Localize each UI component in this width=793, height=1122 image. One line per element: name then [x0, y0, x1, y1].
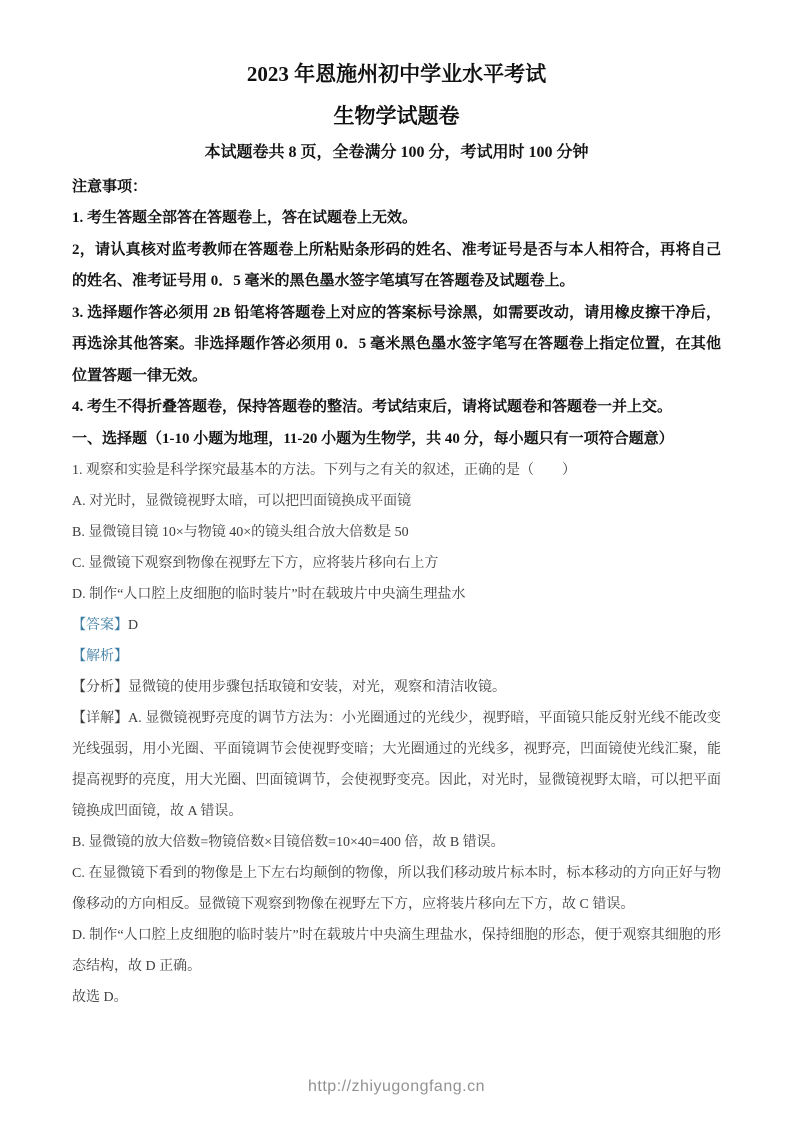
explanation-label: 【解析】 [72, 649, 128, 664]
question-option-a: A. 对光时，显微镜视野太暗，可以把凹面镜换成平面镜 [72, 486, 721, 517]
page-title: 2023 年恩施州初中学业水平考试 [72, 58, 721, 90]
answer-value: D [128, 618, 138, 633]
answer-line: 【答案】D [72, 610, 721, 641]
question-option-b: B. 显微镜目镜 10×与物镜 40×的镜头组合放大倍数是 50 [72, 517, 721, 548]
notice-item-2: 2，请认真核对监考教师在答题卷上所粘贴条形码的姓名、准考证号是否与本人相符合，再… [72, 235, 721, 298]
page-subtitle: 生物学试题卷 [72, 100, 721, 132]
notice-heading: 注意事项： [72, 172, 721, 203]
document-content: 2023 年恩施州初中学业水平考试 生物学试题卷 本试题卷共 8 页，全卷满分 … [0, 0, 793, 1013]
question-stem: 1. 观察和实验是科学探究最基本的方法。下列与之有关的叙述，正确的是（ ） [72, 455, 721, 486]
detail-paragraph-a: 【详解】A. 显微镜视野亮度的调节方法为：小光圈通过的光线少，视野暗，平面镜只能… [72, 703, 721, 827]
notice-item-1: 1. 考生答题全部答在答题卷上，答在试题卷上无效。 [72, 203, 721, 235]
notice-item-4: 4. 考生不得折叠答题卷，保持答题卷的整洁。考试结束后，请将试题卷和答题卷一并上… [72, 392, 721, 424]
question-option-d: D. 制作“人口腔上皮细胞的临时装片”时在载玻片中央滴生理盐水 [72, 579, 721, 610]
exam-info-line: 本试题卷共 8 页，全卷满分 100 分，考试用时 100 分钟 [72, 138, 721, 168]
detail-paragraph-c: C. 在显微镜下看到的物像是上下左右均颠倒的物像，所以我们移动玻片标本时，标本移… [72, 858, 721, 920]
answer-label: 【答案】 [72, 618, 128, 633]
notice-item-3: 3. 选择题作答必须用 2B 铅笔将答题卷上对应的答案标号涂黑，如需要改动，请用… [72, 298, 721, 393]
footer-watermark-url: http://zhiyugongfang.cn [0, 1078, 793, 1096]
detail-paragraph-d: D. 制作“人口腔上皮细胞的临时装片”时在载玻片中央滴生理盐水，保持细胞的形态，… [72, 920, 721, 982]
analysis-paragraph: 【分析】显微镜的使用步骤包括取镜和安装，对光，观察和清洁收镜。 [72, 672, 721, 703]
exam-document-page: 2023 年恩施州初中学业水平考试 生物学试题卷 本试题卷共 8 页，全卷满分 … [0, 0, 793, 1122]
conclusion-line: 故选 D。 [72, 982, 721, 1013]
explanation-line: 【解析】 [72, 641, 721, 672]
question-option-c: C. 显微镜下观察到物像在视野左下方，应将装片移向右上方 [72, 548, 721, 579]
section-heading: 一、选择题（1-10 小题为地理，11-20 小题为生物学，共 40 分，每小题… [72, 424, 721, 455]
detail-paragraph-b: B. 显微镜的放大倍数=物镜倍数×目镜倍数=10×40=400 倍，故 B 错误… [72, 827, 721, 858]
